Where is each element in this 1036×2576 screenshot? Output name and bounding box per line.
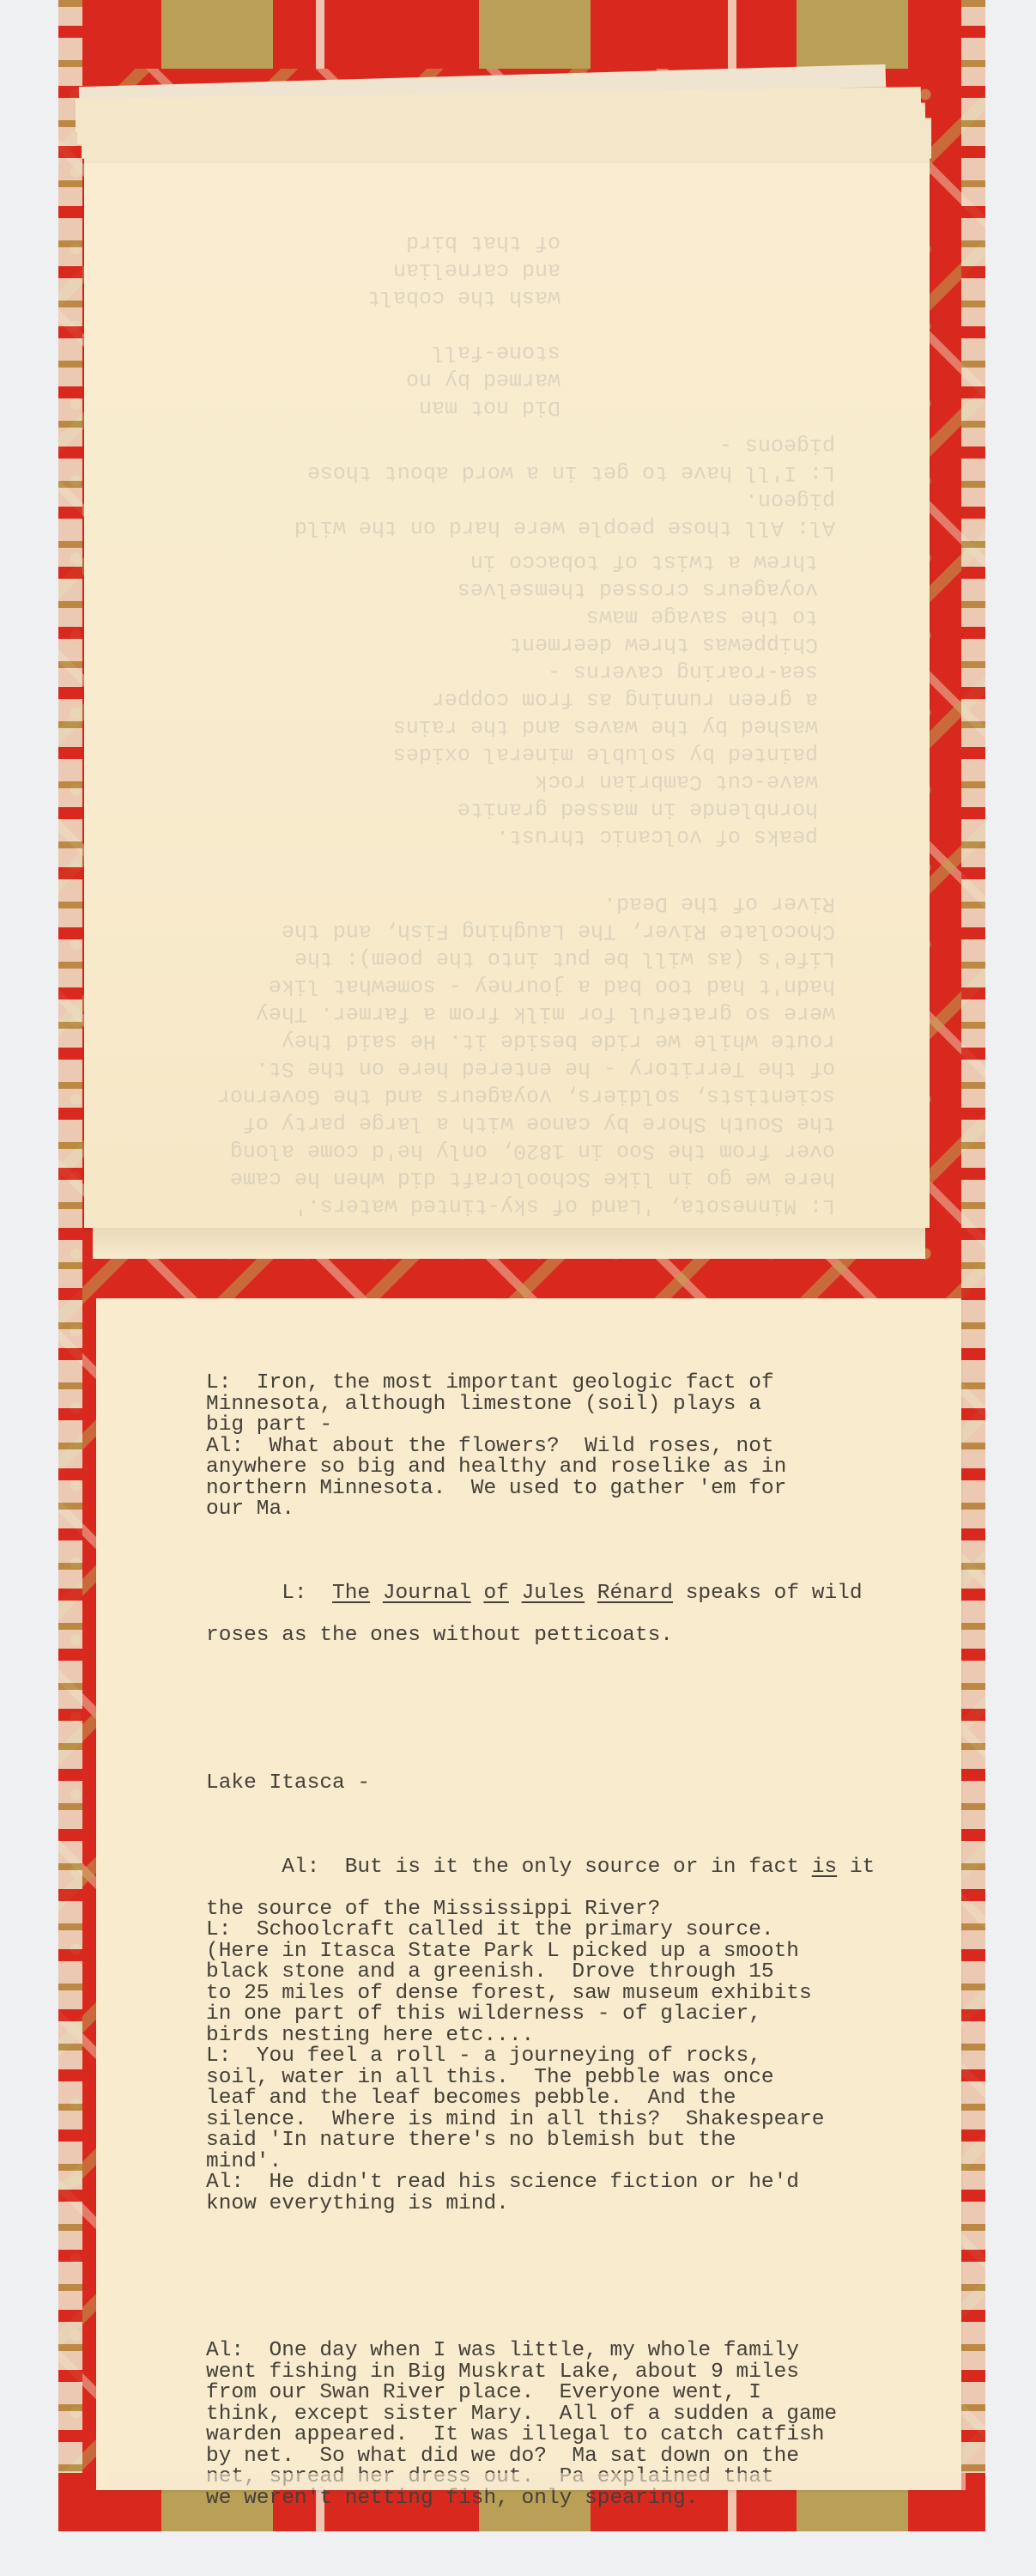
typed-text: L: Iron, the most important geologic fac… [206, 1331, 961, 2551]
cover-left-edge [58, 0, 82, 2531]
typed-line: our Ma. [206, 1499, 961, 1521]
typed-line: mind'. [206, 2152, 961, 2173]
paragraph-lake-itasca-heading: Lake Itasca - [206, 1773, 961, 1795]
paragraph-iron-flowers: L: Iron, the most important geologic fac… [206, 1373, 961, 1521]
typed-line: L: Schoolcraft called it the primary sou… [206, 1920, 961, 1941]
cover-right-edge [961, 0, 985, 2531]
book-title-of: of [483, 1582, 508, 1605]
typed-line: L: You feel a roll - a journeying of roc… [206, 2046, 961, 2068]
line-after: it [837, 1856, 875, 1879]
typed-line: in one part of this wilderness - of glac… [206, 2004, 961, 2026]
typed-line: said 'In nature there's no blemish but t… [206, 2130, 961, 2152]
typed-line: from our Swan River place. Everyone went… [206, 2383, 961, 2404]
line-source-question: Al: But is it the only source or in fact… [206, 1836, 961, 1857]
typed-line: soil, water in all this. The pebble was … [206, 2068, 961, 2089]
typed-line: (Here in Itasca State Park L picked up a… [206, 1941, 961, 1963]
cover-top-pattern [58, 0, 985, 69]
typed-line: think, except sister Mary. All of a sudd… [206, 2404, 961, 2426]
reverse-prose: L: Minnesota, 'Land of sky-tinted waters… [217, 890, 835, 1219]
typed-line: silence. Where is mind in all this? Shak… [206, 2110, 961, 2131]
paragraph-roses: roses as the ones without petticoats. [206, 1625, 961, 1647]
typed-line: warden appeared. It was illegal to catch… [206, 2425, 961, 2446]
reverse-stanza: peaks of volcanic thrust. hornblende in … [393, 548, 818, 850]
typed-line: birds nesting here etc.... [206, 2026, 961, 2047]
typed-line: L: Iron, the most important geologic fac… [206, 1373, 961, 1394]
typed-line: to 25 miles of dense forest, saw museum … [206, 1984, 961, 2005]
line-rest: speaks of wild [673, 1582, 863, 1605]
typed-line: Al: One day when I was little, my whole … [206, 2341, 961, 2362]
upper-page: L: Minnesota, 'Land of sky-tinted waters… [84, 163, 930, 1228]
book-title-journal: Journal [383, 1582, 471, 1605]
typed-line: know everything is mind. [206, 2194, 961, 2215]
reverse-poem: Did not man warmed by no stone-fall wash… [367, 228, 560, 421]
page-bottom-edge [107, 2473, 966, 2490]
page-fold [93, 1228, 925, 1259]
typed-line: leaf and the leaf becomes pebble. And th… [206, 2088, 961, 2110]
typed-line: black stone and a greenish. Drove throug… [206, 1962, 961, 1984]
section-heading: Lake Itasca - [206, 1773, 961, 1795]
typed-line: northern Minnesota. We used to gather 'e… [206, 1479, 961, 1500]
typed-line: roses as the ones without petticoats. [206, 1625, 961, 1647]
line-before: Al: But is it the only source or in fact [282, 1856, 812, 1879]
show-through-text: L: Minnesota, 'Land of sky-tinted waters… [84, 163, 930, 1228]
book-title-renard: Rénard [597, 1582, 673, 1605]
book-title-the: The [332, 1582, 370, 1605]
line-journal: L: The Journal of Jules Rénard speaks of… [206, 1563, 961, 1584]
typed-line: Al: He didn't read his science fiction o… [206, 2172, 961, 2194]
typed-line: anywhere so big and healthy and roselike… [206, 1457, 961, 1479]
typed-line: went fishing in Big Muskrat Lake, about … [206, 2362, 961, 2384]
paragraph-itasca: the source of the Mississippi River?L: S… [206, 1899, 961, 2215]
typed-line: the source of the Mississippi River? [206, 1899, 961, 1921]
book-title-jules: Jules [522, 1582, 585, 1605]
reverse-dialogue: Al: All those people were hard on the wi… [294, 431, 835, 541]
typed-line: by net. So what did we do? Ma sat down o… [206, 2446, 961, 2468]
emphasis-is: is [812, 1856, 837, 1879]
typed-line: we weren't netting fish, only spearing. [206, 2488, 961, 2510]
lower-page: L: Iron, the most important geologic fac… [96, 1298, 961, 2490]
typed-line: Minnesota, although limestone (soil) pla… [206, 1394, 961, 1416]
speaker-prefix: L: [282, 1582, 332, 1605]
typed-line: Al: What about the flowers? Wild roses, … [206, 1437, 961, 1458]
typed-line: big part - [206, 1415, 961, 1437]
